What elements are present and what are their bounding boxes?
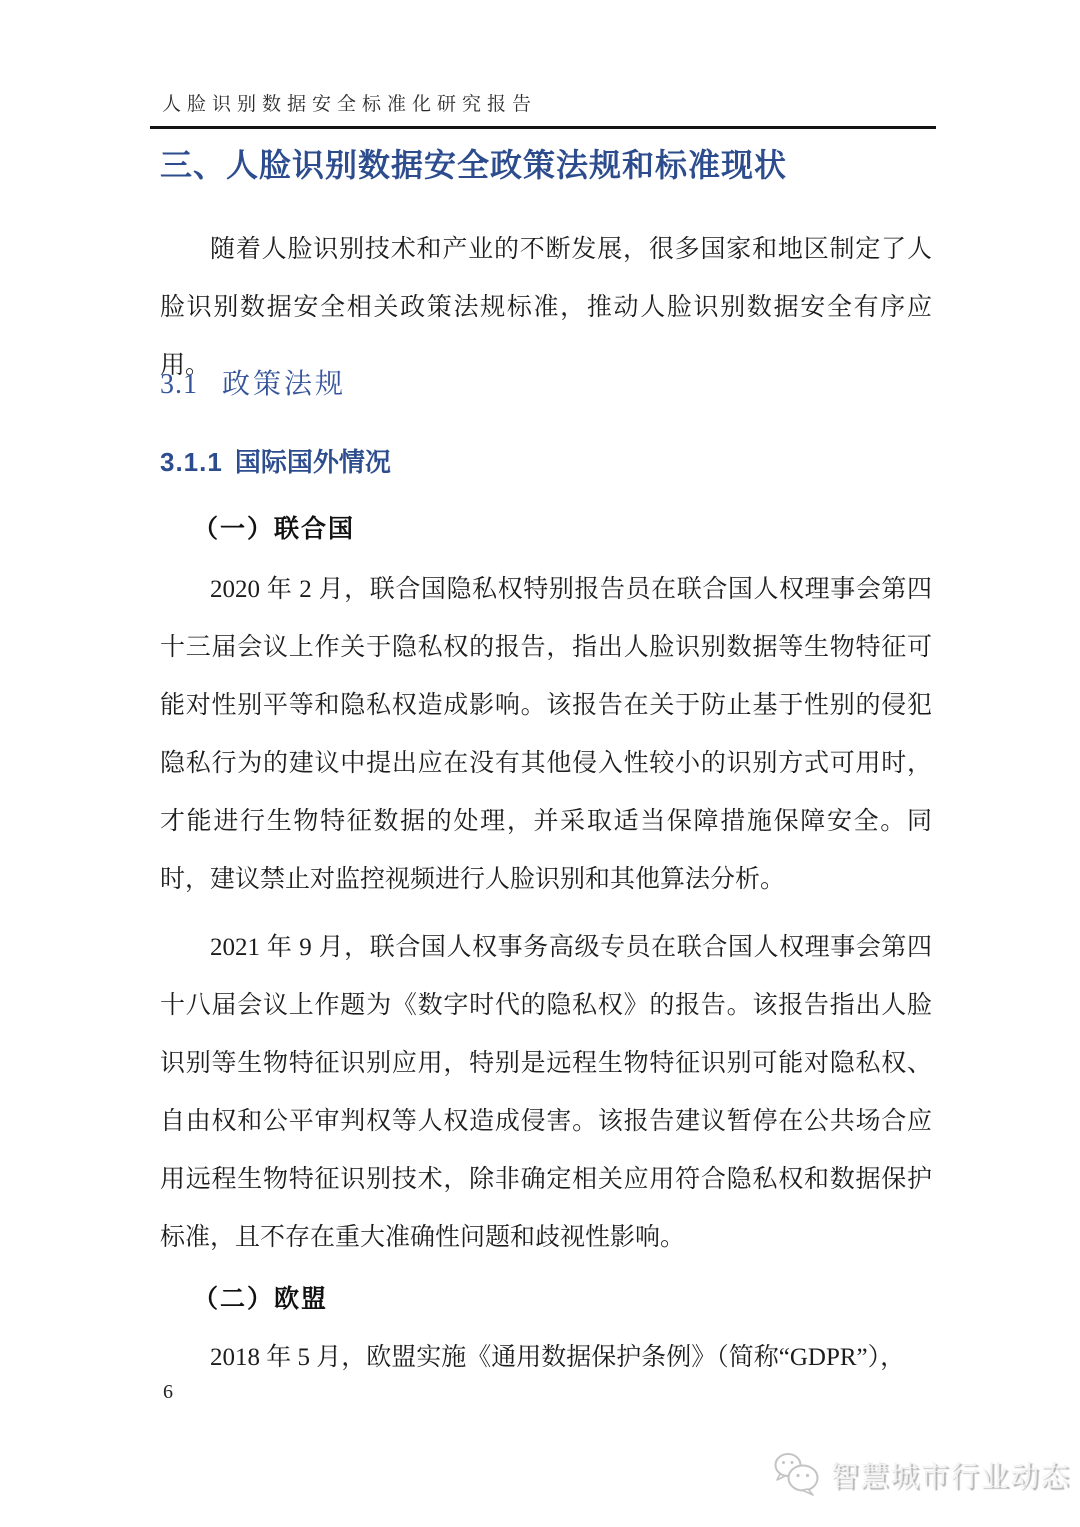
section-3-1-1-title: 国际国外情况: [235, 447, 391, 477]
paragraph-2021-un-report: 2021 年 9 月，联合国人权事务高级专员在联合国人权理事会第四十八届会议上作…: [160, 919, 932, 1267]
paragraph-2018-gdpr: 2018 年 5 月，欧盟实施《通用数据保护条例》（简称“GDPR”），: [160, 1329, 932, 1387]
page-number: 6: [163, 1380, 173, 1404]
wechat-bubbles-icon: [773, 1452, 821, 1496]
section-3-1-title: 政策法规: [222, 369, 346, 400]
running-header: 人脸识别数据安全标准化研究报告: [162, 93, 537, 117]
paragraph-2020-un-report: 2020 年 2 月，联合国隐私权特别报告员在联合国人权理事会第四十三届会议上作…: [160, 561, 932, 909]
section-3-1-1-number: 3.1.1: [160, 447, 223, 477]
header-rule: [150, 126, 936, 129]
subsection-eu-heading: （二）欧盟: [160, 1282, 328, 1318]
chapter-title: 三、人脸识别数据安全政策法规和标准现状: [160, 142, 960, 188]
subsection-un-heading: （一）联合国: [160, 512, 355, 548]
document-page: 人脸识别数据安全标准化研究报告 三、人脸识别数据安全政策法规和标准现状 随着人脸…: [0, 0, 1080, 1527]
section-3-1-number: 3.1: [160, 369, 198, 400]
section-3-1-1-heading: 3.1.1国际国外情况: [160, 444, 391, 480]
watermark-text: 智慧城市行业动态: [830, 1454, 1070, 1495]
section-3-1-heading: 3.1政策法规: [160, 366, 346, 404]
watermark: 智慧城市行业动态: [773, 1452, 1070, 1496]
